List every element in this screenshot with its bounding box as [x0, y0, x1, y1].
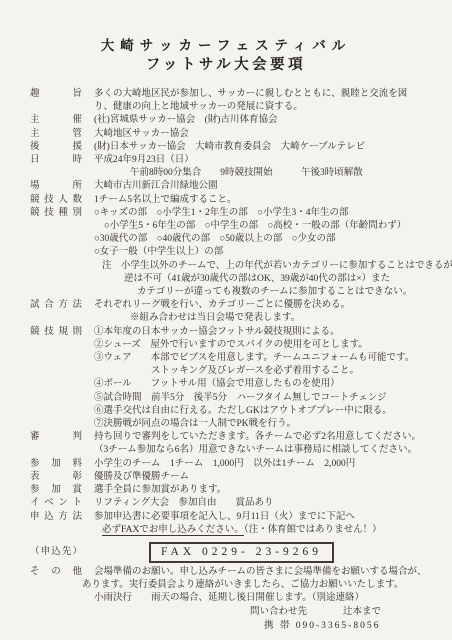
section-application-fax-label: （申込先）: [30, 542, 82, 559]
section-purpose: 趣旨 多くの大崎地区民が参加し、サッカーに親しむとともに、親睦と交流を図 り、健…: [0, 88, 452, 114]
section-awards-label: 表彰: [30, 471, 82, 484]
team-size-text: 1チーム5名以上で編成すること。: [94, 194, 452, 207]
section-rules: 競技規則 ①本年度の日本サッカー協会フットサル競技規則による。 ②シューズ 屋外…: [0, 326, 452, 432]
datetime-line-2: 午前8時00分集合 9時競技開始 午後3時頃解散: [94, 167, 452, 180]
section-management-label: 主管: [30, 128, 82, 141]
application-line-1: 参加申込書に必要事項を記入し、9月11日（火）までに下記へ: [94, 511, 452, 524]
referee-line-1: 持ち回りで審判をしていただきます。各チームで必ず2名用意してください。: [94, 431, 452, 444]
rules-item-3: ③ウェア 本部でビブスを用意します。チームユニフォームも可能です。: [94, 352, 452, 365]
inquiry-line: 問い合わせ先 辻本まで: [0, 606, 452, 619]
awards-text: 優勝及び準優勝チーム: [94, 471, 452, 484]
section-host-label: 主催: [30, 114, 82, 127]
section-categories-label: 競技種別: [30, 207, 82, 220]
rules-item-1: ①本年度の日本サッカー協会フットサル競技規則による。: [94, 326, 452, 339]
section-support-label: 後援: [30, 141, 82, 154]
rules-item-2: ②シューズ 屋外で行いますのでスパイクの使用を可とします。: [94, 339, 452, 352]
section-event-label: イベント: [30, 497, 82, 510]
section-other-label: その他: [30, 566, 82, 579]
categories-line-1: ○キッズの部 ○小学生1・2年生の部 ○小学生3・4年生の部: [94, 207, 452, 220]
other-line-2: あります。実行委員会より連絡がいきましたら、ご協力お願いいたします。: [82, 579, 452, 592]
section-referee: 審判 持ち回りで審判をしていただきます。各チームで必ず2名用意してください。 （…: [0, 431, 452, 457]
section-entry-fee-label: 参加料: [30, 458, 82, 471]
match-format-line-1: それぞれリーグ戦を行い、カテゴリーごとに優勝を決める。: [94, 299, 452, 312]
categories-line-4: ○女子一般（中学生以上）の部: [94, 246, 452, 259]
inquiry-phone: 携 帯 090-3365-8056: [0, 619, 452, 633]
section-referee-label: 審判: [30, 431, 82, 444]
participation-prize-text: 選手全員に参加賞があります。: [94, 484, 452, 497]
section-host: 主催 (社)宮城県サッカー協会 (財)古川体育協会: [0, 114, 452, 127]
host-text: (社)宮城県サッカー協会 (財)古川体育協会: [94, 114, 452, 127]
document-title-line1: 大崎サッカーフェスティバル: [0, 36, 452, 55]
rules-item-7: ⑦決勝戦が同点の場合は一人制でPK戦を行う。: [94, 418, 452, 431]
section-match-format: 試合方法 それぞれリーグ戦を行い、カテゴリーごとに優勝を決める。 ※組み合わせは…: [0, 299, 452, 325]
section-application-fax: （申込先） FAX 0229- 23-9269: [0, 542, 452, 563]
application-line-2-note: （注・体育館ではありません！）: [244, 525, 382, 535]
section-purpose-content: 多くの大崎地区民が参加し、サッカーに親しむとともに、親睦と交流を図 り、健康の向…: [94, 88, 452, 114]
categories-note-2: 逆は不可（41歳が30歳代の部はOK、39歳が40代の部は×）また: [94, 273, 452, 286]
section-rules-label: 競技規則: [30, 326, 82, 339]
categories-line-2: ○小学生5・6年生の部 ○中学生の部 ○高校・一般の部（年齢問わず）: [94, 220, 452, 233]
section-awards: 表彰 優勝及び準優勝チーム: [0, 471, 452, 484]
section-purpose-label: 趣旨: [30, 88, 82, 101]
section-team-size-label: 競技人数: [30, 194, 82, 207]
application-line-2: 必ずFAXでお申し込みください。（注・体育館ではありません！）: [94, 524, 452, 537]
fax-number-box: FAX 0229- 23-9269: [149, 542, 334, 563]
support-text: (財)日本サッカー協会 大崎市教育委員会 大崎ケーブルテレビ: [94, 141, 452, 154]
inquiry-contact-name: 辻本まで: [343, 606, 381, 619]
categories-note-3: カテゴリーが違っても複数のチームに参加することはできない。: [94, 286, 452, 299]
inquiry-label: 問い合わせ先: [250, 606, 307, 619]
section-team-size: 競技人数 1チーム5名以上で編成すること。: [0, 194, 452, 207]
venue-text: 大崎市古川新江合川緑地公園: [94, 180, 452, 193]
application-fax-required-underlined: 必ずFAXでお申し込みください。: [102, 525, 244, 537]
scanned-document-page: 大崎サッカーフェスティバル フットサル大会要項 趣旨 多くの大崎地区民が参加し、…: [0, 0, 452, 640]
match-format-line-2: ※組み合わせは当日会場で発表します。: [94, 312, 452, 325]
section-application-method-label: 申込方法: [30, 511, 82, 524]
section-entry-fee: 参加料 小学生のチーム 1チーム 1,000円 以外は1チーム 2,000円: [0, 458, 452, 471]
section-event: イベント リフティング大会 参加自由 賞品あり: [0, 497, 452, 510]
management-text: 大崎地区サッカー協会: [94, 128, 452, 141]
event-text: リフティング大会 参加自由 賞品あり: [94, 497, 452, 510]
categories-line-3: ○30歳代の部 ○40歳代の部 ○50歳以上の部 ○少女の部: [94, 233, 452, 246]
section-categories: 競技種別 ○キッズの部 ○小学生1・2年生の部 ○小学生3・4年生の部 ○小学生…: [0, 207, 452, 299]
purpose-line-2: り、健康の向上と地域サッカーの発展に資する。: [94, 101, 452, 114]
rules-item-3-continued: ストッキング及びレガースを必ず着用すること。: [94, 365, 452, 378]
section-venue-label: 場所: [30, 180, 82, 193]
section-management: 主管 大崎地区サッカー協会: [0, 128, 452, 141]
purpose-line-1: 多くの大崎地区民が参加し、サッカーに親しむとともに、親睦と交流を図: [94, 88, 452, 101]
datetime-line-1: 平成24年9月23日（日）: [94, 154, 452, 167]
section-participation-prize: 参加賞 選手全員に参加賞があります。: [0, 484, 452, 497]
document-body: 趣旨 多くの大崎地区民が参加し、サッカーに親しむとともに、親睦と交流を図 り、健…: [0, 88, 452, 633]
section-datetime-label: 日時: [30, 154, 82, 167]
section-other: その他 会場準備のお願い。申し込みチームの皆さまに会場準備をお願いする場合が、 …: [0, 566, 452, 606]
other-line-3: 小雨決行 雨天の場合、延期し後日開催します。（別途連絡）: [94, 592, 452, 605]
entry-fee-text: 小学生のチーム 1チーム 1,000円 以外は1チーム 2,000円: [94, 458, 452, 471]
rules-item-6: ⑥選手交代は自由に行える。ただしGKはアウトオブプレー中に限る。: [94, 405, 452, 418]
section-participation-prize-label: 参加賞: [30, 484, 82, 497]
section-datetime: 日時 平成24年9月23日（日） 午前8時00分集合 9時競技開始 午後3時頃解…: [0, 154, 452, 180]
section-venue: 場所 大崎市古川新江合川緑地公園: [0, 180, 452, 193]
categories-note-1: 注 小学生以外のチームで、上の年代が若いカテゴリーに参加することはできるが: [94, 260, 452, 273]
document-title-line2: フットサル大会要項: [0, 55, 452, 75]
rules-item-5: ⑤試合時間 前半5分 後半5分 ハーフタイム無しでコートチェンジ: [94, 392, 452, 405]
rules-item-4: ④ボール フットサル用（協会で用意したものを使用）: [94, 378, 452, 391]
document-title-block: 大崎サッカーフェスティバル フットサル大会要項: [0, 36, 452, 75]
section-application-method: 申込方法 参加申込書に必要事項を記入し、9月11日（火）までに下記へ 必ずFAX…: [0, 511, 452, 537]
section-support: 後援 (財)日本サッカー協会 大崎市教育委員会 大崎ケーブルテレビ: [0, 141, 452, 154]
referee-line-2: （3チーム参加なら6名）用意できないチームは事務局に相談してください。: [94, 444, 452, 457]
other-line-1: 会場準備のお願い。申し込みチームの皆さまに会場準備をお願いする場合が、: [94, 566, 452, 579]
section-match-format-label: 試合方法: [30, 299, 82, 312]
